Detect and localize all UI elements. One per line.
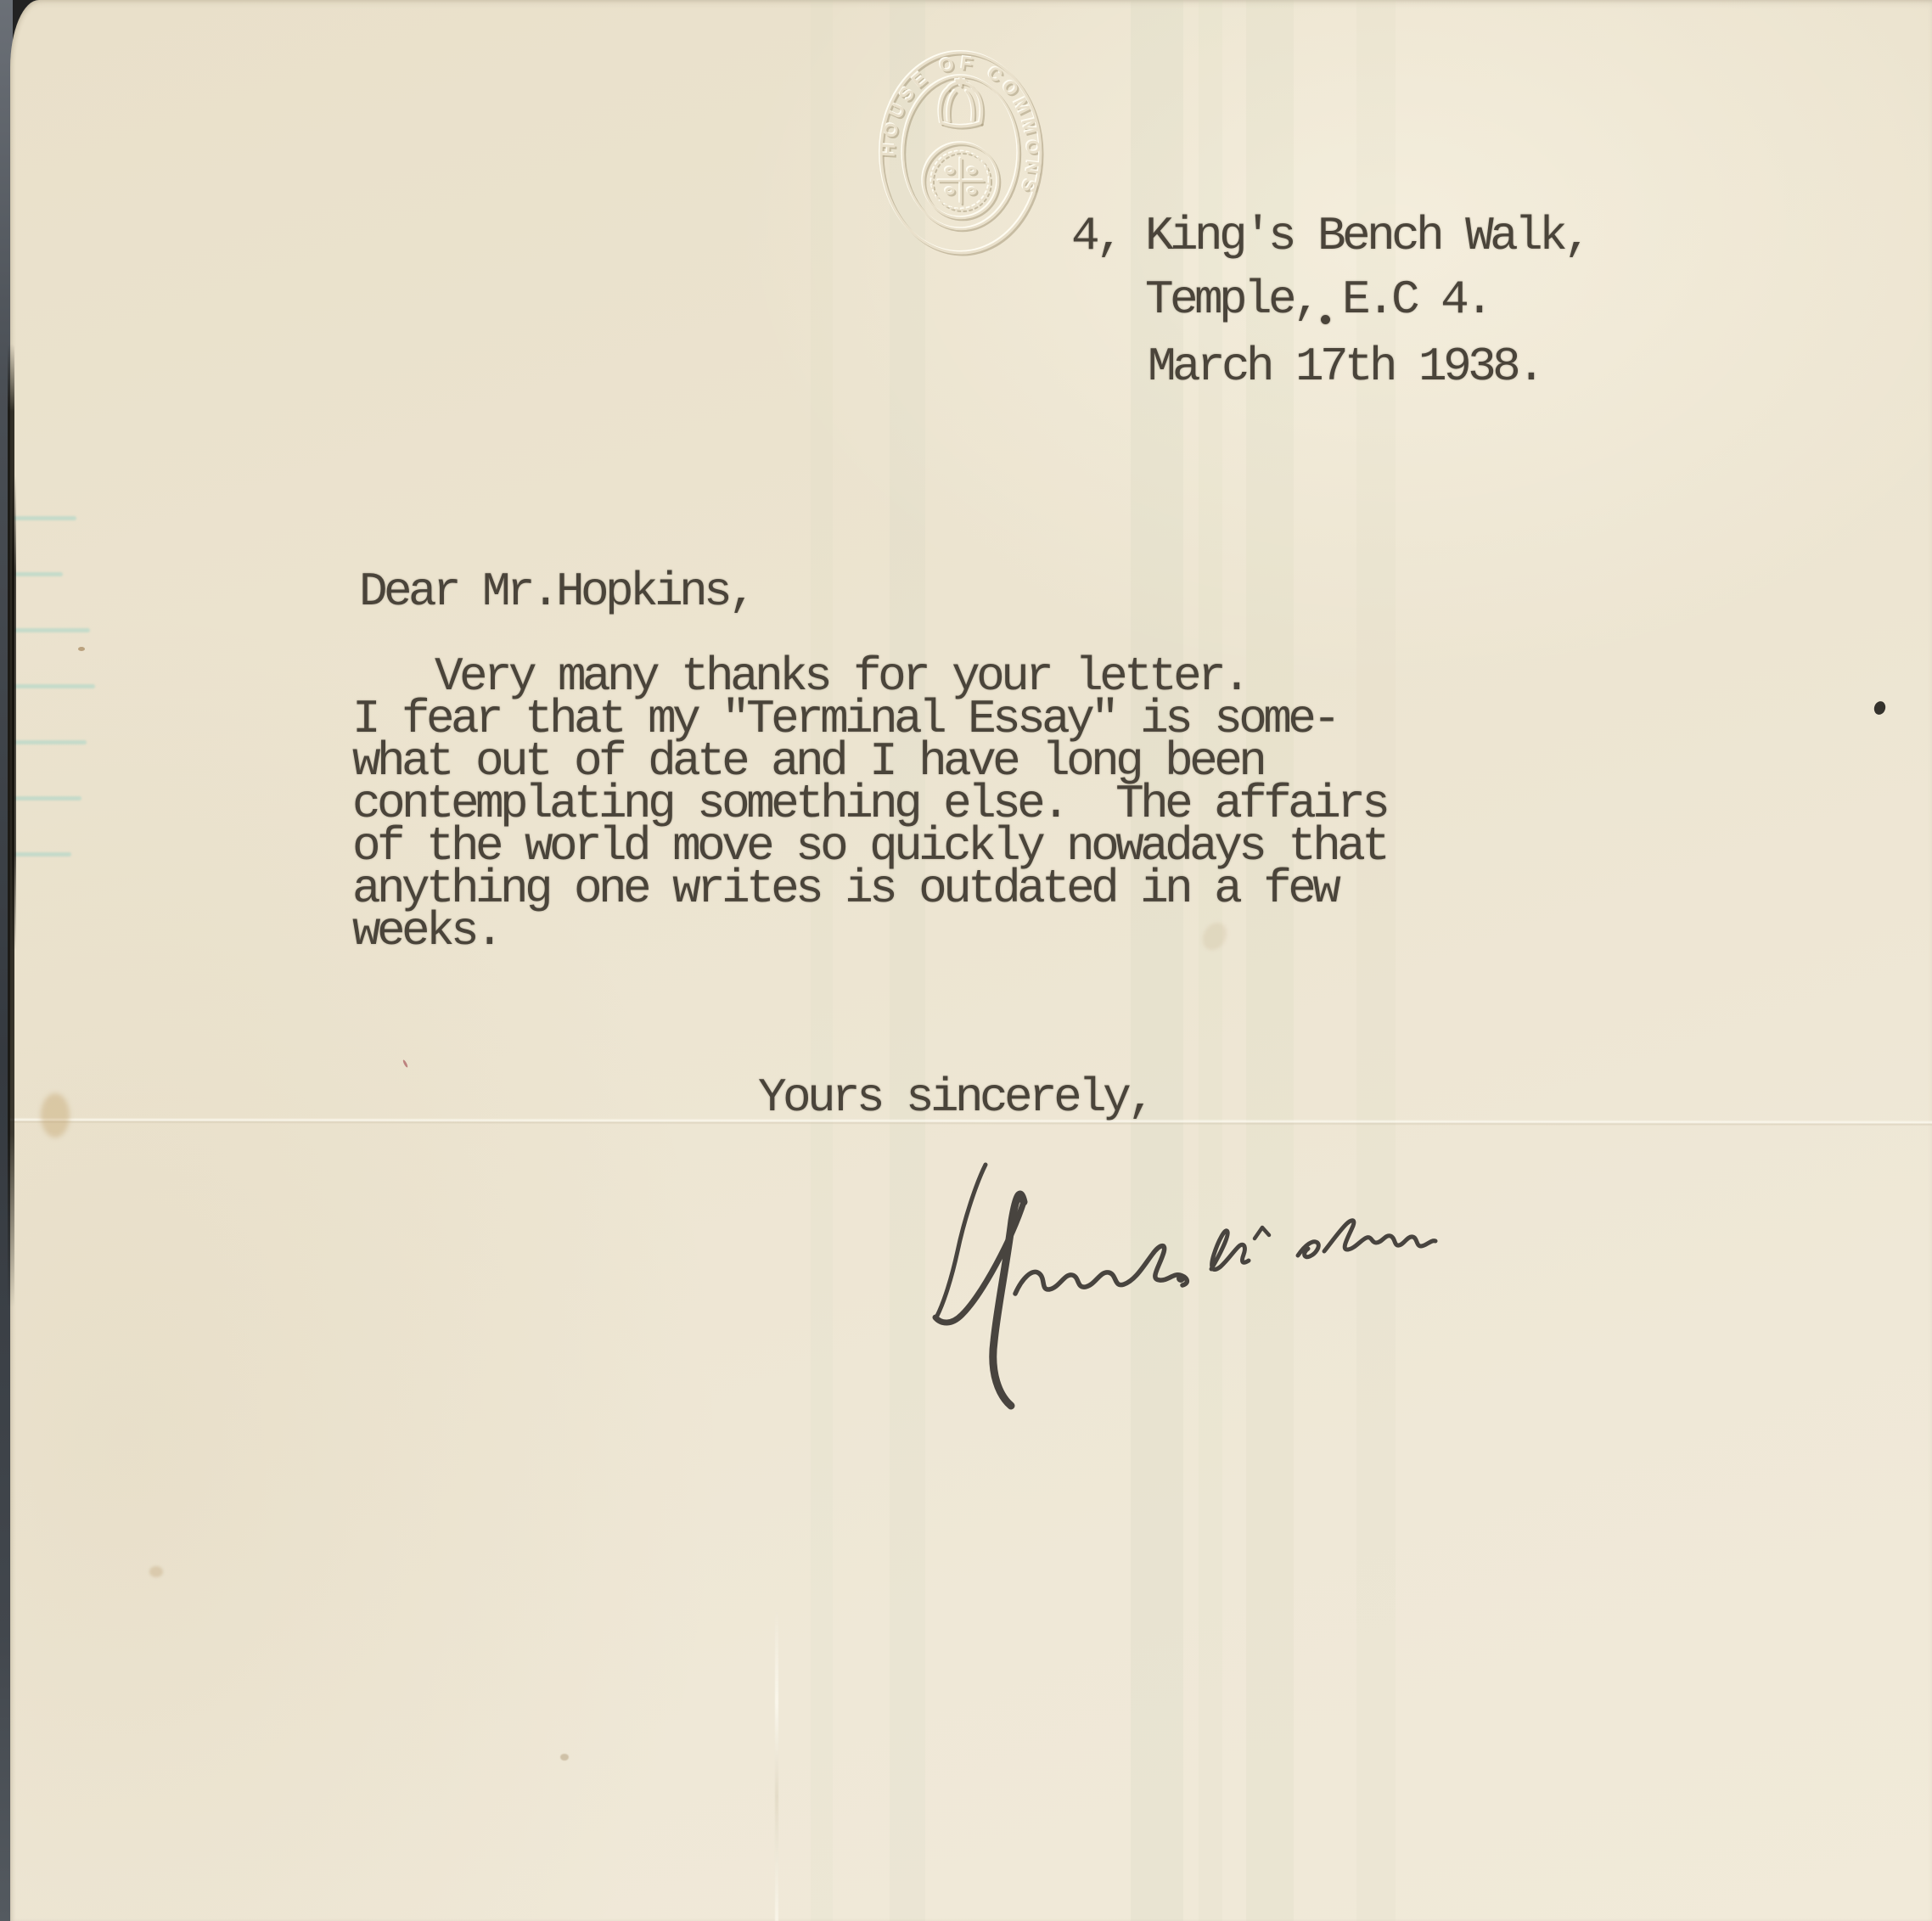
ruled-line-mark: [12, 796, 81, 800]
scanned-letter-page: HOUSE OF COMMONS 4, King's Bench Walk, T…: [0, 0, 1932, 1921]
closing-line: Yours sincerely,: [758, 1076, 1152, 1119]
stain: [41, 1093, 70, 1137]
stain-speck: [78, 647, 85, 651]
house-of-commons-seal: HOUSE OF COMMONS: [863, 38, 1059, 267]
letter-paper: [10, 0, 1932, 1921]
stain: [149, 1566, 163, 1577]
stray-period-mark: [1321, 315, 1330, 324]
ruled-line-mark: [12, 572, 63, 576]
ruled-line-mark: [12, 852, 71, 857]
signature-harold-nicolson: [917, 1154, 1477, 1426]
address-line-1: 4, King's Bench Walk,: [1071, 215, 1588, 257]
body-line: anything one writes is outdated in a few: [352, 868, 1386, 910]
ruled-line-mark: [12, 740, 87, 744]
salutation: Dear Mr.Hopkins,: [359, 570, 753, 613]
vertical-crease: [775, 1609, 778, 1921]
ruled-line-mark: [12, 684, 95, 688]
ruled-line-mark: [12, 628, 90, 632]
address-line-2: Temple, E.C 4.: [1145, 278, 1490, 321]
paper-torn-edge: [12, 475, 16, 951]
body-line: weeks.: [352, 910, 1386, 952]
date-line: March 17th 1938.: [1148, 345, 1542, 388]
body-paragraph: Very many thanks for your letter. I fear…: [352, 655, 1386, 952]
ruled-line-mark: [12, 516, 76, 520]
stain: [560, 1754, 569, 1761]
